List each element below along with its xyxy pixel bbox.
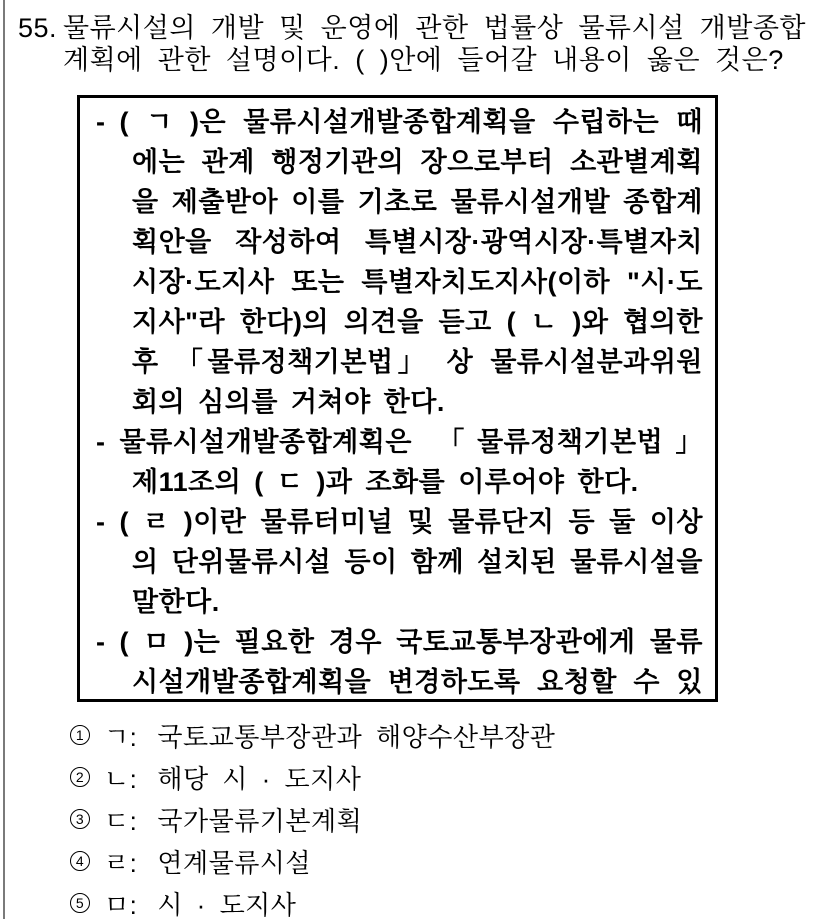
- choice-number-badge: 5: [70, 893, 90, 913]
- bullet-dash-marker: -: [96, 507, 106, 537]
- choice-option-4[interactable]: 4 ㄹ: 연계물류시설: [70, 840, 790, 882]
- choice-option-1[interactable]: 1 ㄱ: 국토교통부장관과 해양수산부장관: [70, 714, 790, 756]
- choice-option-2[interactable]: 2 ㄴ: 해당 시 · 도지사: [70, 756, 790, 798]
- bullet-dash-marker: -: [96, 427, 106, 457]
- choice-number-badge: 1: [70, 725, 90, 745]
- choice-text: 연계물류시설: [157, 843, 311, 880]
- passage-bullet: -( ㄹ )이란 물류터미널 및 물류단지 등 둘 이상의 단위물류시설 등이 …: [96, 502, 703, 622]
- choice-number-badge: 2: [70, 767, 90, 787]
- choice-letter-label: ㄷ:: [104, 801, 137, 838]
- choice-letter-label: ㄹ:: [104, 843, 137, 880]
- choice-letter-label: ㄱ:: [104, 717, 137, 754]
- bullet-text: 물류시설개발종합계획은 「물류정책기본법」 제11조의 ( ㄷ )과 조화를 이…: [120, 427, 704, 497]
- choice-text: 해당 시 · 도지사: [157, 759, 361, 796]
- choice-number-badge: 3: [70, 809, 90, 829]
- bullet-text: ( ㄹ )이란 물류터미널 및 물류단지 등 둘 이상의 단위물류시설 등이 함…: [120, 507, 704, 617]
- choices-list: 1 ㄱ: 국토교통부장관과 해양수산부장관 2 ㄴ: 해당 시 · 도지사 3 …: [70, 714, 790, 919]
- choice-option-3[interactable]: 3 ㄷ: 국가물류기본계획: [70, 798, 790, 840]
- choice-letter-label: ㄴ:: [104, 759, 137, 796]
- bullet-dash-marker: -: [96, 627, 106, 657]
- question-number: 55.: [18, 12, 63, 44]
- question-block: 55. 물류시설의 개발 및 운영에 관한 법률상 물류시설 개발종합계획에 관…: [18, 12, 806, 76]
- passage-bullet: -( ㄱ )은 물류시설개발종합계획을 수립하는 때에는 관계 행정기관의 장으…: [96, 102, 703, 422]
- passage-bullet: -( ㅁ )는 필요한 경우 국토교통부장관에게 물류시설개발종합계획을 변경하…: [96, 622, 703, 702]
- bullet-text: ( ㄱ )은 물류시설개발종합계획을 수립하는 때에는 관계 행정기관의 장으로…: [120, 107, 704, 417]
- choice-number-badge: 4: [70, 851, 90, 871]
- question-text: 물류시설의 개발 및 운영에 관한 법률상 물류시설 개발종합계획에 관한 설명…: [63, 12, 806, 76]
- exam-page: 55. 물류시설의 개발 및 운영에 관한 법률상 물류시설 개발종합계획에 관…: [0, 0, 826, 919]
- passage-bullet: -물류시설개발종합계획은 「물류정책기본법」 제11조의 ( ㄷ )과 조화를 …: [96, 422, 703, 502]
- choice-text: 시 · 도지사: [157, 885, 296, 919]
- bullet-dash-marker: -: [96, 107, 106, 137]
- page-left-border: [3, 0, 5, 919]
- bullet-text: ( ㅁ )는 필요한 경우 국토교통부장관에게 물류시설개발종합계획을 변경하도…: [120, 627, 704, 702]
- choice-letter-label: ㅁ:: [104, 885, 137, 919]
- choice-option-5[interactable]: 5 ㅁ: 시 · 도지사: [70, 882, 790, 919]
- choice-text: 국가물류기본계획: [157, 801, 362, 838]
- choice-text: 국토교통부장관과 해양수산부장관: [157, 717, 555, 754]
- passage-box: -( ㄱ )은 물류시설개발종합계획을 수립하는 때에는 관계 행정기관의 장으…: [77, 95, 718, 702]
